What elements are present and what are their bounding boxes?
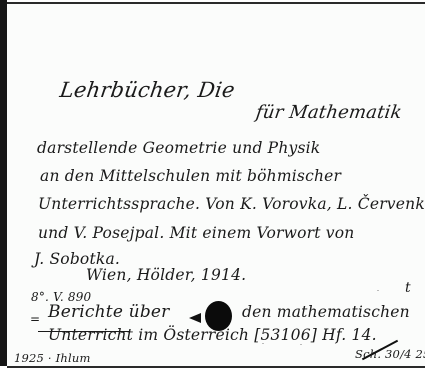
card-title: Lehrbücher, Die — [58, 78, 236, 102]
ink-blot-arrow-icon — [189, 313, 201, 323]
card-body-line-4: und V. Posejpal. Mit einem Vorwort von — [38, 224, 354, 242]
scanned-card-image: Lehrbücher, Die für Mathematik darstelle… — [0, 0, 425, 390]
series-prefix: = — [30, 312, 40, 326]
card-body-line-1: darstellende Geometrie und Physik — [37, 139, 320, 157]
card-subtitle: für Mathematik — [255, 102, 404, 123]
card-imprint: Wien, Hölder, 1914. — [86, 266, 246, 284]
series-line-2: Unterricht im Österreich [53106] Hf. 14. — [48, 326, 377, 344]
card-body-line-2: an den Mittelschulen mit böhmischer — [40, 167, 341, 185]
card-body-line-3: Unterrichtssprache. Von K. Vorovka, L. Č… — [38, 195, 425, 213]
scan-speck — [300, 344, 302, 345]
signature-date: Sch. 30/4 25. — [355, 347, 425, 361]
scan-speck — [377, 290, 379, 291]
series-line-1-end: den mathematischen — [242, 303, 410, 321]
bottom-left-note: 1925 · Ihlum — [14, 351, 91, 365]
scan-speck — [262, 343, 264, 344]
margin-mark: t — [405, 280, 411, 296]
card-left-edge — [0, 0, 7, 366]
series-line-1-start: Berichte über — [48, 302, 170, 322]
